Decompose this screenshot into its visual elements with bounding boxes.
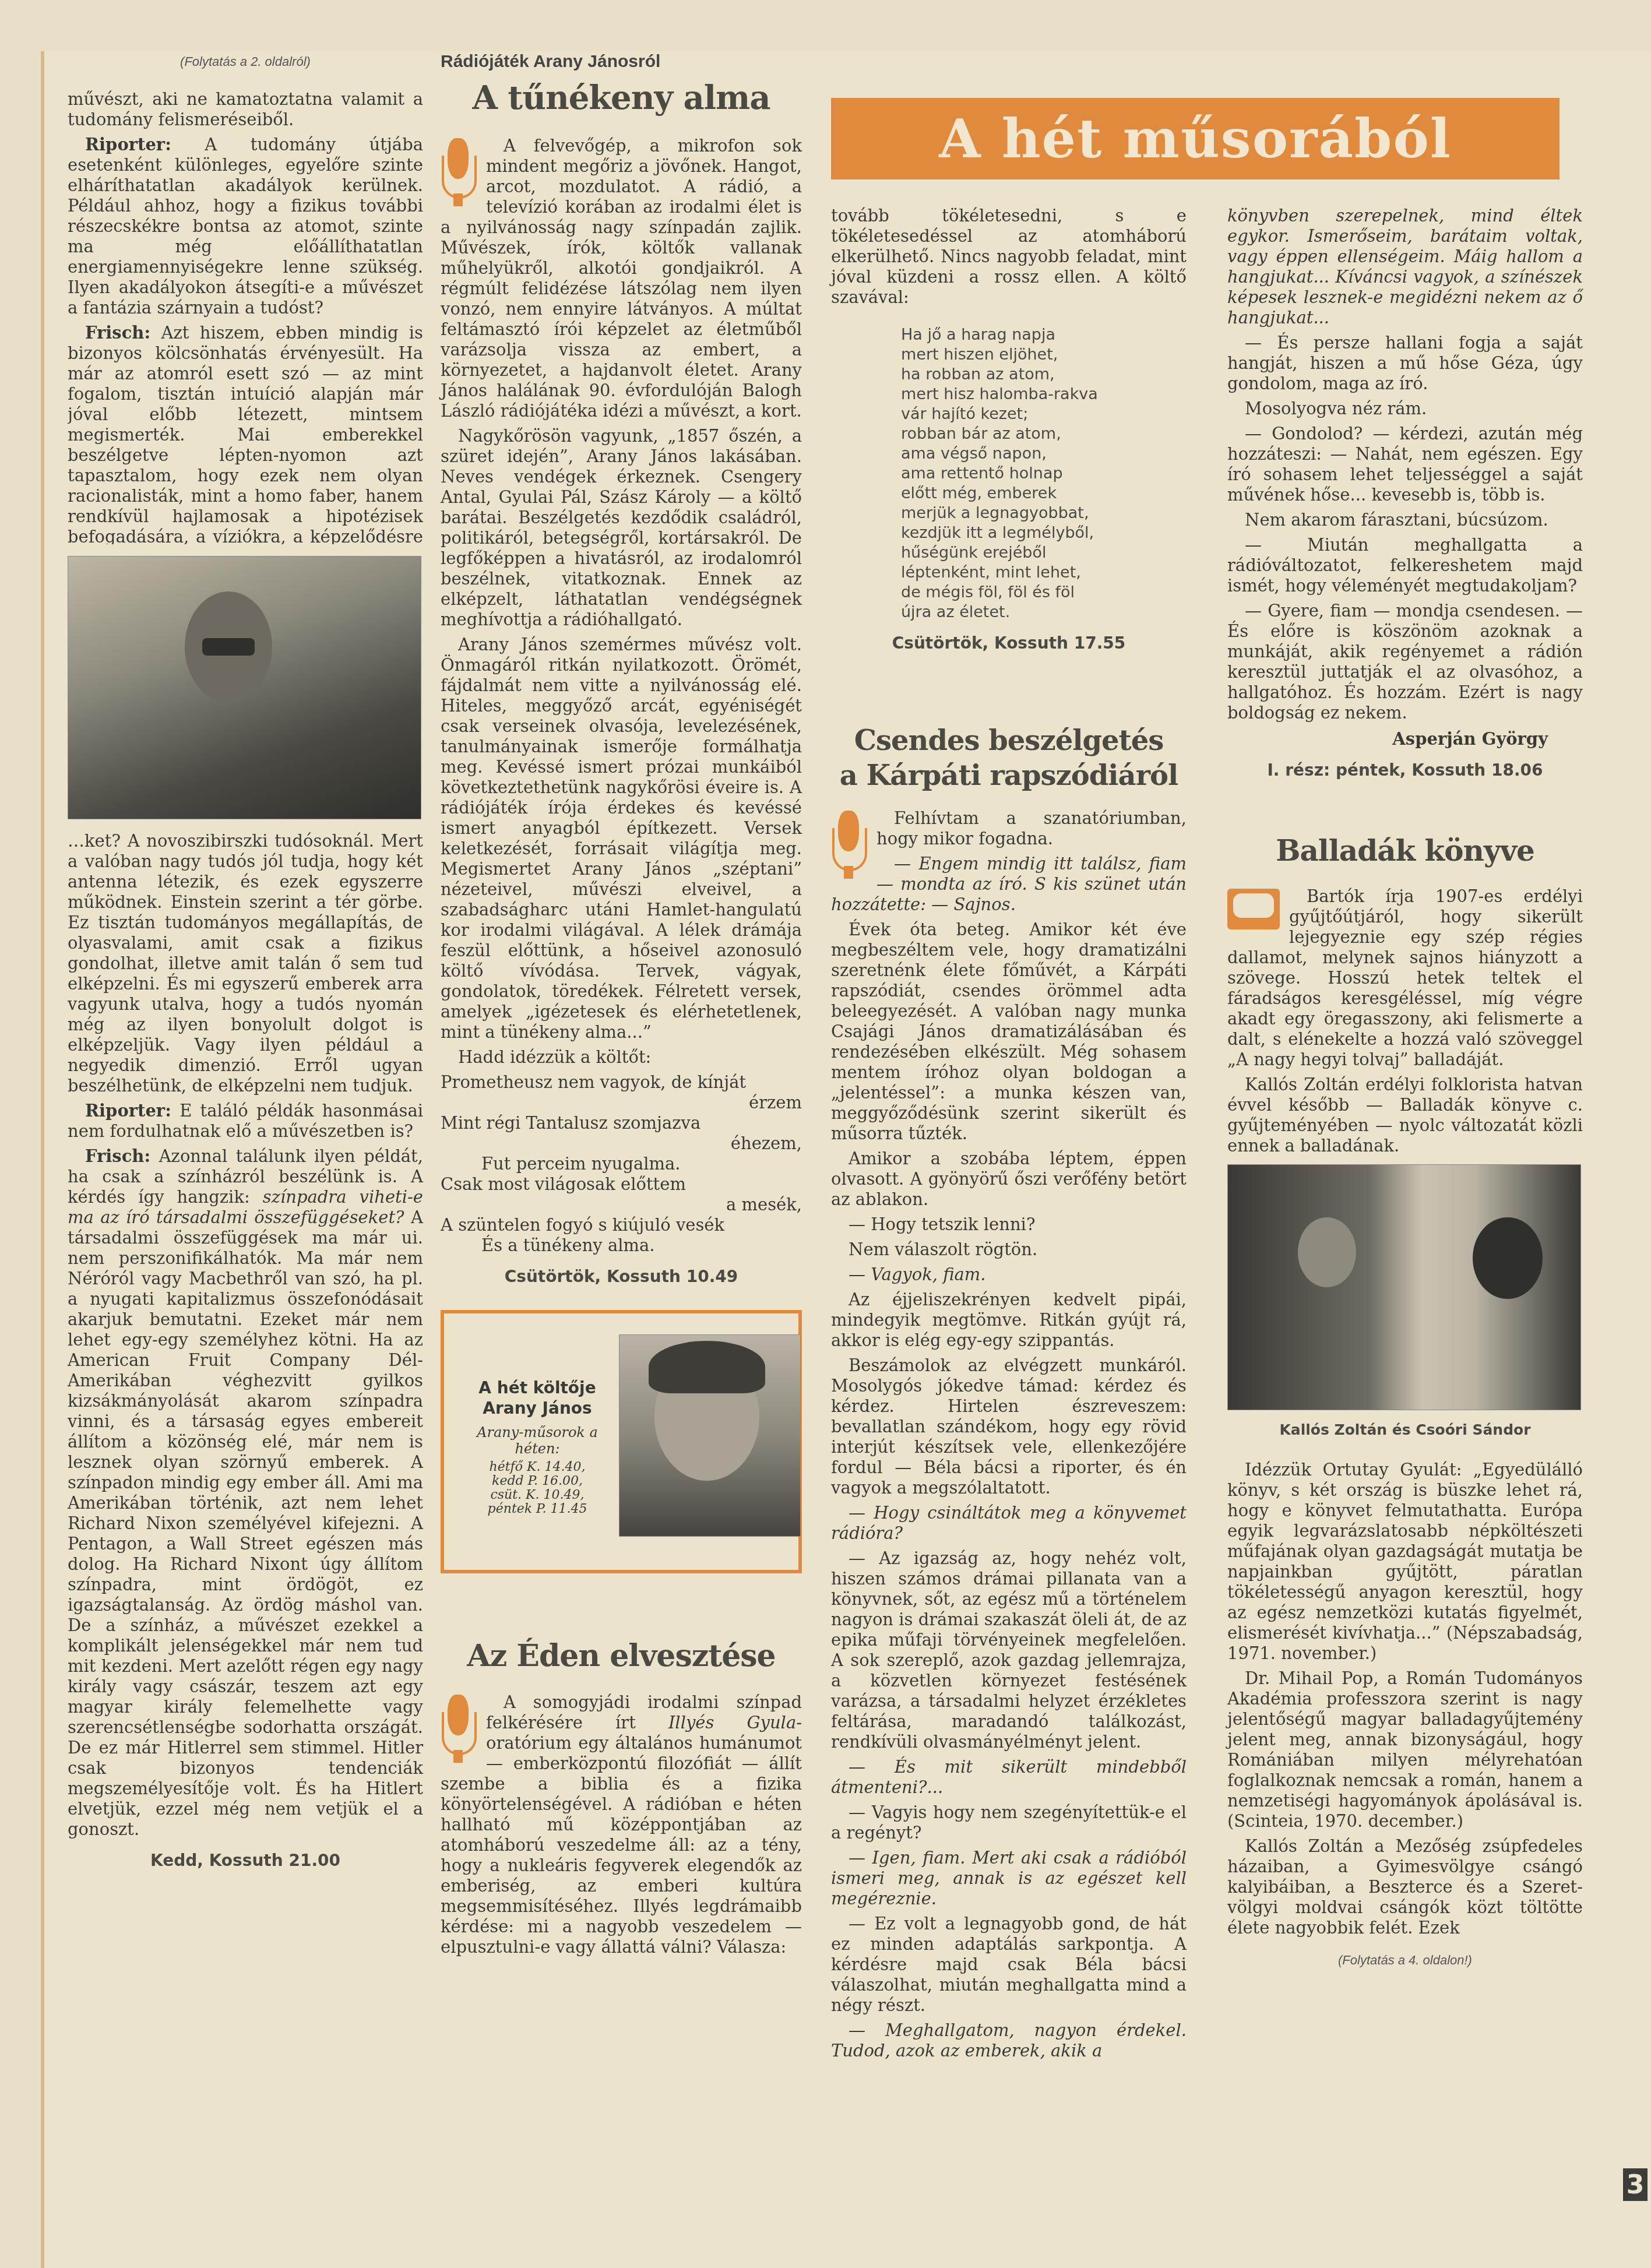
poem-line: Csak most világosak előttem: [441, 1174, 802, 1195]
poem-line: Prometheusz nem vagyok, de kínját: [441, 1072, 802, 1093]
karpati-continued: — Miután meghallgatta a rádióváltozatot,…: [1227, 535, 1583, 596]
interview-paragraph: művészt, aki ne kamatoztatna valamit a t…: [68, 89, 423, 130]
magazine-page: (Folytatás a 2. oldalról) művészt, aki n…: [41, 51, 1651, 2268]
karpati-paragraph: — Az igazság az, hogy nehéz volt, hiszen…: [831, 1548, 1187, 1752]
karpati-paragraph: — Vagyok, fiam.: [831, 1265, 1187, 1285]
poet-box-title: A hét költője: [456, 1378, 619, 1398]
eden-paragraph: A somogyjádi irodalmi színpad felkérésér…: [441, 1692, 802, 1957]
continued-to: (Folytatás a 4. oldalon!): [1227, 1950, 1583, 1970]
karpati-continued: Mosolyogva néz rám.: [1227, 399, 1583, 419]
karpati-paragraph: — Hogy tetszik lenni?: [831, 1214, 1187, 1235]
eden-karpati-column: tovább tökéletesedni, s e tökéletesedéss…: [831, 206, 1187, 2066]
interview-paragraph: Frisch: Azt hiszem, ebben mindig is bizo…: [68, 323, 423, 544]
arany-paragraph: Hadd idézzük a költőt:: [441, 1047, 802, 1068]
ballads-paragraph: Kallós Zoltán erdélyi folklorista hatvan…: [1227, 1075, 1583, 1156]
karpati-continued: könyvben szerepelnek, mind éltek egykor.…: [1227, 206, 1583, 328]
poem-line: érzem: [441, 1093, 802, 1113]
karpati-paragraph: — Meghallgatom, nagyon érdekel. Tudod, a…: [831, 2020, 1187, 2061]
poem-line: a mesék,: [441, 1195, 802, 1215]
arany-kicker: Rádiójáték Arany Jánosról: [441, 51, 802, 72]
ballads-paragraph: Bartók írja 1907-es erdélyi gyűjtőútjáró…: [1227, 886, 1583, 1070]
arany-poem: Prometheusz nem vagyok, de kínját érzem …: [441, 1072, 802, 1256]
ballads-paragraph: Kallós Zoltán a Mezőség zsúpfedeles háza…: [1227, 1836, 1583, 1938]
kallos-csoori-photo: [1227, 1164, 1581, 1410]
microphone-icon: [441, 1695, 476, 1765]
karpati-paragraph: Az éjjeliszekrényen kedvelt pipái, minde…: [831, 1290, 1187, 1351]
karpati-ballads-column: könyvben szerepelnek, mind éltek egykor.…: [1227, 206, 1583, 1970]
arany-column: Rádiójáték Arany Jánosról A tűnékeny alm…: [441, 51, 802, 1962]
interview-paragraph-cont: …ket? A novoszibirszki tudósoknál. Mert …: [68, 831, 423, 1096]
karpati-headline: Csendes beszélgetés a Kárpáti rapszódiár…: [831, 723, 1187, 793]
television-icon: [1227, 889, 1280, 929]
interview-column: (Folytatás a 2. oldalról) művészt, aki n…: [68, 51, 423, 1881]
karpati-continued: — És persze hallani fogja a saját hangjá…: [1227, 333, 1583, 394]
arany-headline: A tűnékeny alma: [441, 78, 802, 118]
interview-paragraph: Riporter: A tudomány útjába esetenként k…: [68, 135, 423, 318]
karpati-paragraph: Amikor a szobába léptem, éppen olvasott.…: [831, 1149, 1187, 1210]
arany-airtime: Csütörtök, Kossuth 10.49: [441, 1266, 802, 1287]
karpati-paragraph: — Engem mindig itt találsz, fiam — mondt…: [831, 854, 1187, 915]
poem-line: éhezem,: [441, 1133, 802, 1154]
arany-janos-portrait: [619, 1334, 801, 1537]
poem-line: Fut perceim nyugalma.: [441, 1154, 802, 1174]
interview-paragraph: Frisch: Azonnal találunk ilyen példát, h…: [68, 1146, 423, 1840]
poet-box-subtitle: Arany-műsorok a héten:: [456, 1424, 619, 1457]
page-number: 3: [1623, 2168, 1648, 2201]
karpati-paragraph: — Hogy csináltátok meg a könyvemet rádió…: [831, 1503, 1187, 1544]
interview-airtime: Kedd, Kossuth 21.00: [68, 1850, 423, 1871]
interview-paragraph: Riporter: E találó példák hasonmásai nem…: [68, 1101, 423, 1142]
karpati-paragraph: Nem válaszolt rögtön.: [831, 1239, 1187, 1260]
karpati-paragraph: Felhívtam a szanatóriumban, hogy mikor f…: [831, 808, 1187, 849]
continued-from: (Folytatás a 2. oldalról): [68, 51, 423, 72]
karpati-continued: Nem akarom fárasztani, búcsúzom.: [1227, 510, 1583, 530]
eden-airtime: Csütörtök, Kossuth 17.55: [831, 633, 1187, 653]
arany-paragraph: A felvevőgép, a mikrofon sok mindent meg…: [441, 136, 802, 421]
karpati-paragraph: — És mit sikerült mindebből átmenteni?..…: [831, 1757, 1187, 1798]
microphone-icon: [831, 811, 866, 881]
karpati-author: Asperján György: [1227, 729, 1583, 749]
karpati-continued: — Gyere, fiam — mondja csendesen. — És e…: [1227, 601, 1583, 723]
weekly-program-banner: A hét műsorából: [831, 98, 1560, 179]
eden-continued: tovább tökéletesedni, s e tökéletesedéss…: [831, 206, 1187, 308]
poem-line: Mint régi Tantalusz szomjazva: [441, 1113, 802, 1133]
microphone-icon: [441, 138, 476, 208]
eden-headline: Az Éden elvesztése: [441, 1637, 802, 1675]
eden-verse: Ha jő a harag napjamert hiszen eljöhet,h…: [831, 325, 1187, 622]
arany-paragraph: Arany János szemérmes művész volt. Önmag…: [441, 635, 802, 1043]
karpati-paragraph: — Igen, fiam. Mert aki csak a rádióból i…: [831, 1848, 1187, 1909]
poet-box-schedule: hétfő K. 14.40, kedd P. 16.00, csüt. K. …: [456, 1460, 619, 1516]
max-frisch-photo: [68, 556, 421, 819]
karpati-paragraph: — Vagyis hogy nem szegényítettük-e el a …: [831, 1802, 1187, 1843]
poem-line: És a tünékeny alma.: [441, 1235, 802, 1256]
poet-of-week-box: A hét költője Arany János Arany-műsorok …: [441, 1310, 802, 1573]
karpati-paragraph: Beszámolok az elvégzett munkáról. Mosoly…: [831, 1355, 1187, 1498]
karpati-paragraph: Évek óta beteg. Amikor két éve megbeszél…: [831, 920, 1187, 1144]
banner-title: A hét műsorából: [939, 107, 1451, 170]
ballads-headline: Balladák könyve: [1227, 833, 1583, 869]
ballads-paragraph: Dr. Mihail Pop, a Román Tudományos Akadé…: [1227, 1668, 1583, 1832]
arany-paragraph: Nagykőrösön vagyunk, „1857 őszén, a szür…: [441, 426, 802, 630]
ballads-paragraph: Idézzük Ortutay Gyulát: „Egyedülálló kön…: [1227, 1460, 1583, 1664]
photo-caption: Kallós Zoltán és Csoóri Sándor: [1227, 1420, 1583, 1440]
karpati-paragraph: — Ez volt a legnagyobb gond, de hát ez m…: [831, 1914, 1187, 2016]
karpati-airtime: I. rész: péntek, Kossuth 18.06: [1227, 760, 1583, 780]
poem-line: A szüntelen fogyó s kiújuló vesék: [441, 1215, 802, 1235]
poet-box-name: Arany János: [456, 1398, 619, 1418]
karpati-continued: — Gondolod? — kérdezi, azután még hozzát…: [1227, 424, 1583, 505]
